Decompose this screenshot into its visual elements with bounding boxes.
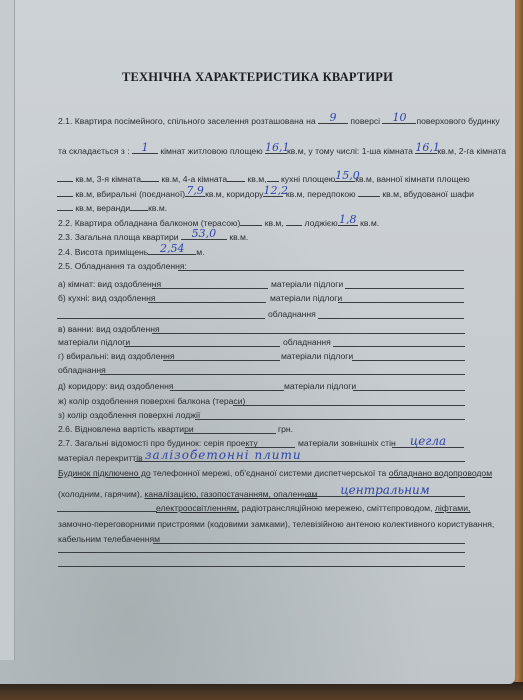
toilet-finish-row: г) вбиральні: вид оздоблення bbox=[58, 351, 175, 362]
section-2-1-line-5: кв.м, верандикв.м. bbox=[57, 201, 167, 214]
toilet-area-field[interactable]: 7,9 bbox=[185, 187, 205, 197]
restored-value-field[interactable] bbox=[184, 433, 276, 434]
bath-finish-field[interactable] bbox=[152, 333, 465, 334]
section-2-3: 2.3. Загальна площа квартири 53,0 кв.м. bbox=[58, 230, 248, 243]
balcony-color-label: ж) колір оздоблення поверхні балкона (те… bbox=[58, 396, 245, 407]
toilet-equipment-field[interactable] bbox=[100, 374, 465, 375]
wardrobe-area-field[interactable] bbox=[57, 201, 73, 211]
connections-line-3: електроосвітленням, радіотрансляційною м… bbox=[156, 503, 470, 514]
cable-tv-field[interactable] bbox=[153, 543, 465, 544]
bath-finish-row: в) ванни: вид оздоблення bbox=[58, 324, 160, 335]
kitchen-floor-label: матеріали підлоги bbox=[270, 293, 342, 304]
corridor-area-field[interactable]: 12,2 bbox=[263, 187, 283, 197]
rooms-count-field[interactable]: 1 bbox=[132, 144, 158, 154]
rooms-floor-field[interactable] bbox=[345, 288, 464, 289]
kitchen-floor-field[interactable] bbox=[338, 302, 464, 303]
bath-equipment-field[interactable] bbox=[333, 346, 465, 347]
bath-area-field[interactable] bbox=[57, 187, 73, 197]
total-area-field[interactable]: 53,0 bbox=[181, 230, 227, 240]
corridor-finish-row: д) коридору: вид оздоблення bbox=[58, 381, 174, 392]
heating-field[interactable]: центральним bbox=[305, 485, 465, 497]
room2-area-field[interactable] bbox=[57, 172, 73, 182]
loggia-color-field[interactable] bbox=[195, 419, 465, 420]
walls-material-field[interactable]: цегла bbox=[392, 437, 464, 448]
kitchen-area-field[interactable]: 15,0 bbox=[335, 172, 355, 182]
corridor-finish-field[interactable] bbox=[170, 390, 284, 391]
bath-floor-field[interactable] bbox=[124, 346, 280, 347]
loggia-color-label: з) колір оздоблення поверхні лоджії bbox=[58, 410, 200, 421]
bath-floor-label: матеріали підлоги bbox=[58, 337, 130, 348]
corridor-floor-label: матеріали підлоги bbox=[284, 381, 356, 392]
living-area-field[interactable]: 16,1 bbox=[265, 144, 287, 154]
kitchen-finish-field[interactable] bbox=[148, 302, 266, 303]
kitchen-equipment-field[interactable] bbox=[318, 318, 464, 319]
rooms-finish-row: а) кімнат: вид оздоблення bbox=[58, 279, 161, 290]
blank-field[interactable] bbox=[267, 172, 279, 182]
ceiling-height-field[interactable]: 2,54 bbox=[148, 245, 196, 255]
room4-area-field[interactable] bbox=[227, 172, 245, 182]
room1-area-field[interactable]: 16,1 bbox=[415, 144, 437, 154]
balcony-area-field[interactable] bbox=[240, 216, 262, 226]
slabs-material-label: матеріал перекриттів bbox=[58, 453, 143, 464]
kitchen-extra-field[interactable] bbox=[57, 318, 265, 319]
kitchen-finish-row: б) кухні: вид оздоблення bbox=[58, 293, 156, 304]
background-surface bbox=[0, 682, 523, 700]
corridor-floor-field[interactable] bbox=[353, 390, 465, 391]
room3-area-field[interactable] bbox=[141, 172, 159, 182]
equipment-field[interactable] bbox=[178, 270, 464, 271]
kitchen-equipment-label: обладнання bbox=[268, 309, 316, 320]
bath-equipment-label: обладнання bbox=[283, 337, 331, 348]
rooms-floor-label: матеріали підлоги bbox=[271, 279, 343, 290]
section-2-1-line-4: кв.м, вбиральні (поєднаної)7,9кв.м, кори… bbox=[57, 187, 474, 200]
loggia-area-field[interactable]: 1,8 bbox=[338, 216, 358, 226]
toilet-floor-label: матеріали підлоги bbox=[281, 351, 353, 362]
veranda-area-field[interactable] bbox=[130, 201, 148, 211]
balcony-color-field[interactable] bbox=[233, 405, 465, 406]
slabs-material-field[interactable]: залізобетонні плити bbox=[135, 451, 465, 462]
section-2-1-line-1: 2.1. Квартира посімейного, спільного зас… bbox=[58, 114, 500, 127]
page-title: ТЕХНІЧНА ХАРАКТЕРИСТИКА КВАРТИРИ bbox=[0, 70, 515, 85]
connections-line-4: замочно-переговорними пристроями (кодови… bbox=[58, 519, 494, 530]
cable-tv-label: кабельним телебаченням bbox=[58, 534, 160, 545]
section-2-5: 2.5. Обладнання та оздоблення: bbox=[58, 261, 187, 272]
section-2-6: 2.6. Відновлена вартість квартири bbox=[58, 424, 194, 435]
connections-line-1: Будинок підключено до телефонної мережі,… bbox=[58, 468, 492, 479]
walls-material-label: матеріали зовнішніх стін bbox=[298, 438, 396, 449]
toilet-finish-field[interactable] bbox=[163, 360, 280, 361]
storeys-field[interactable]: 10 bbox=[382, 114, 416, 124]
toilet-floor-field[interactable] bbox=[352, 360, 465, 361]
connections-extra-field[interactable] bbox=[57, 511, 157, 512]
hallway-area-field[interactable] bbox=[358, 187, 380, 197]
currency-label: грн. bbox=[278, 424, 293, 435]
floor-field[interactable]: 9 bbox=[318, 114, 348, 124]
document-page: ТЕХНІЧНА ХАРАКТЕРИСТИКА КВАРТИРИ 2.1. Кв… bbox=[0, 0, 515, 684]
rooms-finish-field[interactable] bbox=[152, 288, 268, 289]
extra-line-1[interactable] bbox=[58, 552, 465, 553]
section-2-1-line-2: та складається з : 1 кімнат житловою пло… bbox=[58, 144, 506, 157]
toilet-equipment-label: обладнання bbox=[58, 365, 106, 376]
underlying-page-edge bbox=[0, 0, 15, 660]
section-2-4: 2.4. Висота приміщень2,54м. bbox=[58, 245, 205, 258]
blank-field[interactable] bbox=[286, 216, 302, 226]
connections-line-2: (холодним, гарячим), каналізацією, газоп… bbox=[58, 489, 317, 500]
extra-line-2[interactable] bbox=[58, 566, 465, 567]
